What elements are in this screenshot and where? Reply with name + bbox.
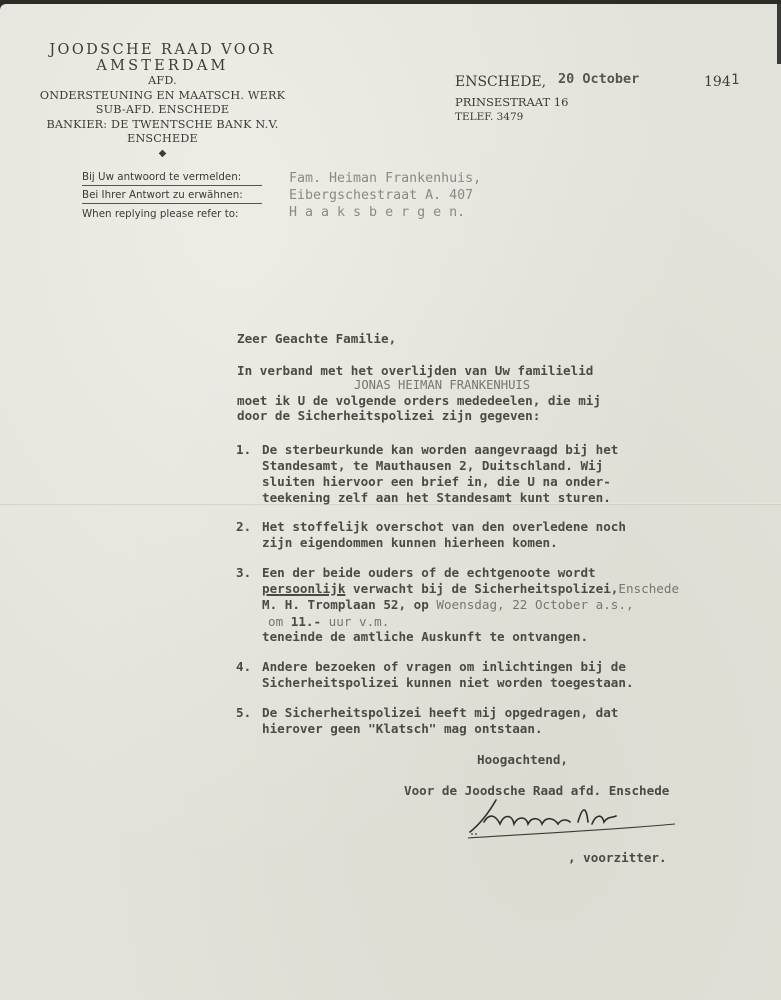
bank-city: ENSCHEDE xyxy=(30,132,295,147)
year-suffix: 1 xyxy=(731,72,739,88)
reference-labels: Bij Uw antwoord te vermelden: Bei Ihrer … xyxy=(82,170,262,223)
item-number: 4. xyxy=(236,659,251,675)
item-number: 2. xyxy=(236,519,251,535)
item-line: Het stoffelijk overschot van den overled… xyxy=(262,519,626,535)
item-number: 1. xyxy=(236,442,251,458)
deceased-name: JONAS HEIMAN FRANKENHUIS xyxy=(354,378,530,394)
typed-date: 20 October xyxy=(558,71,639,87)
closing: Hoogachtend, xyxy=(477,752,568,768)
item-line: Standesamt, te Mauthausen 2, Duitschland… xyxy=(262,458,603,474)
recipient-street: Eibergschestraat A. 407 xyxy=(289,187,481,204)
inserted-text: Enschede xyxy=(618,581,679,596)
item-line: persoonlijk verwacht bij de Sicherheitsp… xyxy=(262,581,679,597)
item-line: De sterbeurkunde kan worden aangevraagd … xyxy=(262,442,618,458)
item-line: om 11.- uur v.m. xyxy=(268,614,389,630)
bank-name: BANKIER: DE TWENTSCHE BANK N.V. xyxy=(30,118,295,133)
salutation: Zeer Geachte Familie, xyxy=(237,331,396,347)
inserted-text: Woensdag, 22 October a.s., xyxy=(436,597,633,612)
city: ENSCHEDE, xyxy=(455,74,546,90)
dept-label: AFD. xyxy=(30,74,295,89)
item-line: sluiten hiervoor een brief in, die U na … xyxy=(262,474,611,490)
diamond-ornament-icon: ◆ xyxy=(30,147,295,161)
item-number: 5. xyxy=(236,705,251,721)
intro-line-2: moet ik U de volgende orders mededeelen,… xyxy=(237,393,601,409)
inserted-text: om xyxy=(268,614,291,629)
item-line: Andere bezoeken of vragen om inlichtinge… xyxy=(262,659,626,675)
intro-line-1: In verband met het overlijden van Uw fam… xyxy=(237,363,593,379)
signature-icon xyxy=(460,794,690,844)
org-name-line2: AMSTERDAM xyxy=(30,58,295,74)
sub-dept: SUB-AFD. ENSCHEDE xyxy=(30,103,295,118)
item-line: Sicherheitspolizei kunnen niet worden to… xyxy=(262,675,634,691)
letter-paper: JOODSCHE RAAD VOOR AMSTERDAM AFD. ONDERS… xyxy=(0,4,781,1000)
item-line: hierover geen "Klatsch" mag ontstaan. xyxy=(262,721,543,737)
letterhead-organization: JOODSCHE RAAD VOOR AMSTERDAM AFD. ONDERS… xyxy=(30,42,295,161)
item-line: teekening zelf aan het Standesamt kunt s… xyxy=(262,490,611,506)
org-name-line1: JOODSCHE RAAD VOOR xyxy=(30,42,295,58)
paper-edge xyxy=(777,4,781,64)
year-prefix: 194 xyxy=(704,74,731,90)
item-line: teneinde de amtliche Auskunft te ontvang… xyxy=(262,629,588,645)
inserted-text: uur v.m. xyxy=(321,614,389,629)
reference-label-dutch: Bij Uw antwoord te vermelden: xyxy=(82,170,262,186)
item-line: M. H. Tromplaan 52, op Woensdag, 22 Octo… xyxy=(262,597,634,613)
item-text: M. H. Tromplaan 52, op xyxy=(262,597,436,612)
item-line: Een der beide ouders of de echtgenoote w… xyxy=(262,565,596,581)
item-text: verwacht bij de Sicherheitspolizei, xyxy=(345,581,618,596)
recipient-city: H a a k s b e r g e n. xyxy=(289,204,481,221)
underlined-word: persoonlijk xyxy=(262,581,345,596)
street-address: PRINSESTRAAT 16 xyxy=(455,95,568,109)
recipient-address: Fam. Heiman Frankenhuis, Eibergschestraa… xyxy=(289,170,481,221)
reference-label-german: Bei Ihrer Antwort zu erwähnen: xyxy=(82,188,262,204)
telephone: TELEF. 3479 xyxy=(455,111,523,123)
intro-line-3: door de Sicherheitspolizei zijn gegeven: xyxy=(237,408,540,424)
dept-name: ONDERSTEUNING EN MAATSCH. WERK xyxy=(30,89,295,104)
signatory-title: , voorzitter. xyxy=(568,850,667,866)
recipient-name: Fam. Heiman Frankenhuis, xyxy=(289,170,481,187)
item-line: zijn eigendommen kunnen hierheen komen. xyxy=(262,535,558,551)
item-text: 11.- xyxy=(291,614,321,629)
item-line: De Sicherheitspolizei heeft mij opgedrag… xyxy=(262,705,618,721)
reference-label-english: When replying please refer to: xyxy=(82,206,262,223)
item-number: 3. xyxy=(236,565,251,581)
